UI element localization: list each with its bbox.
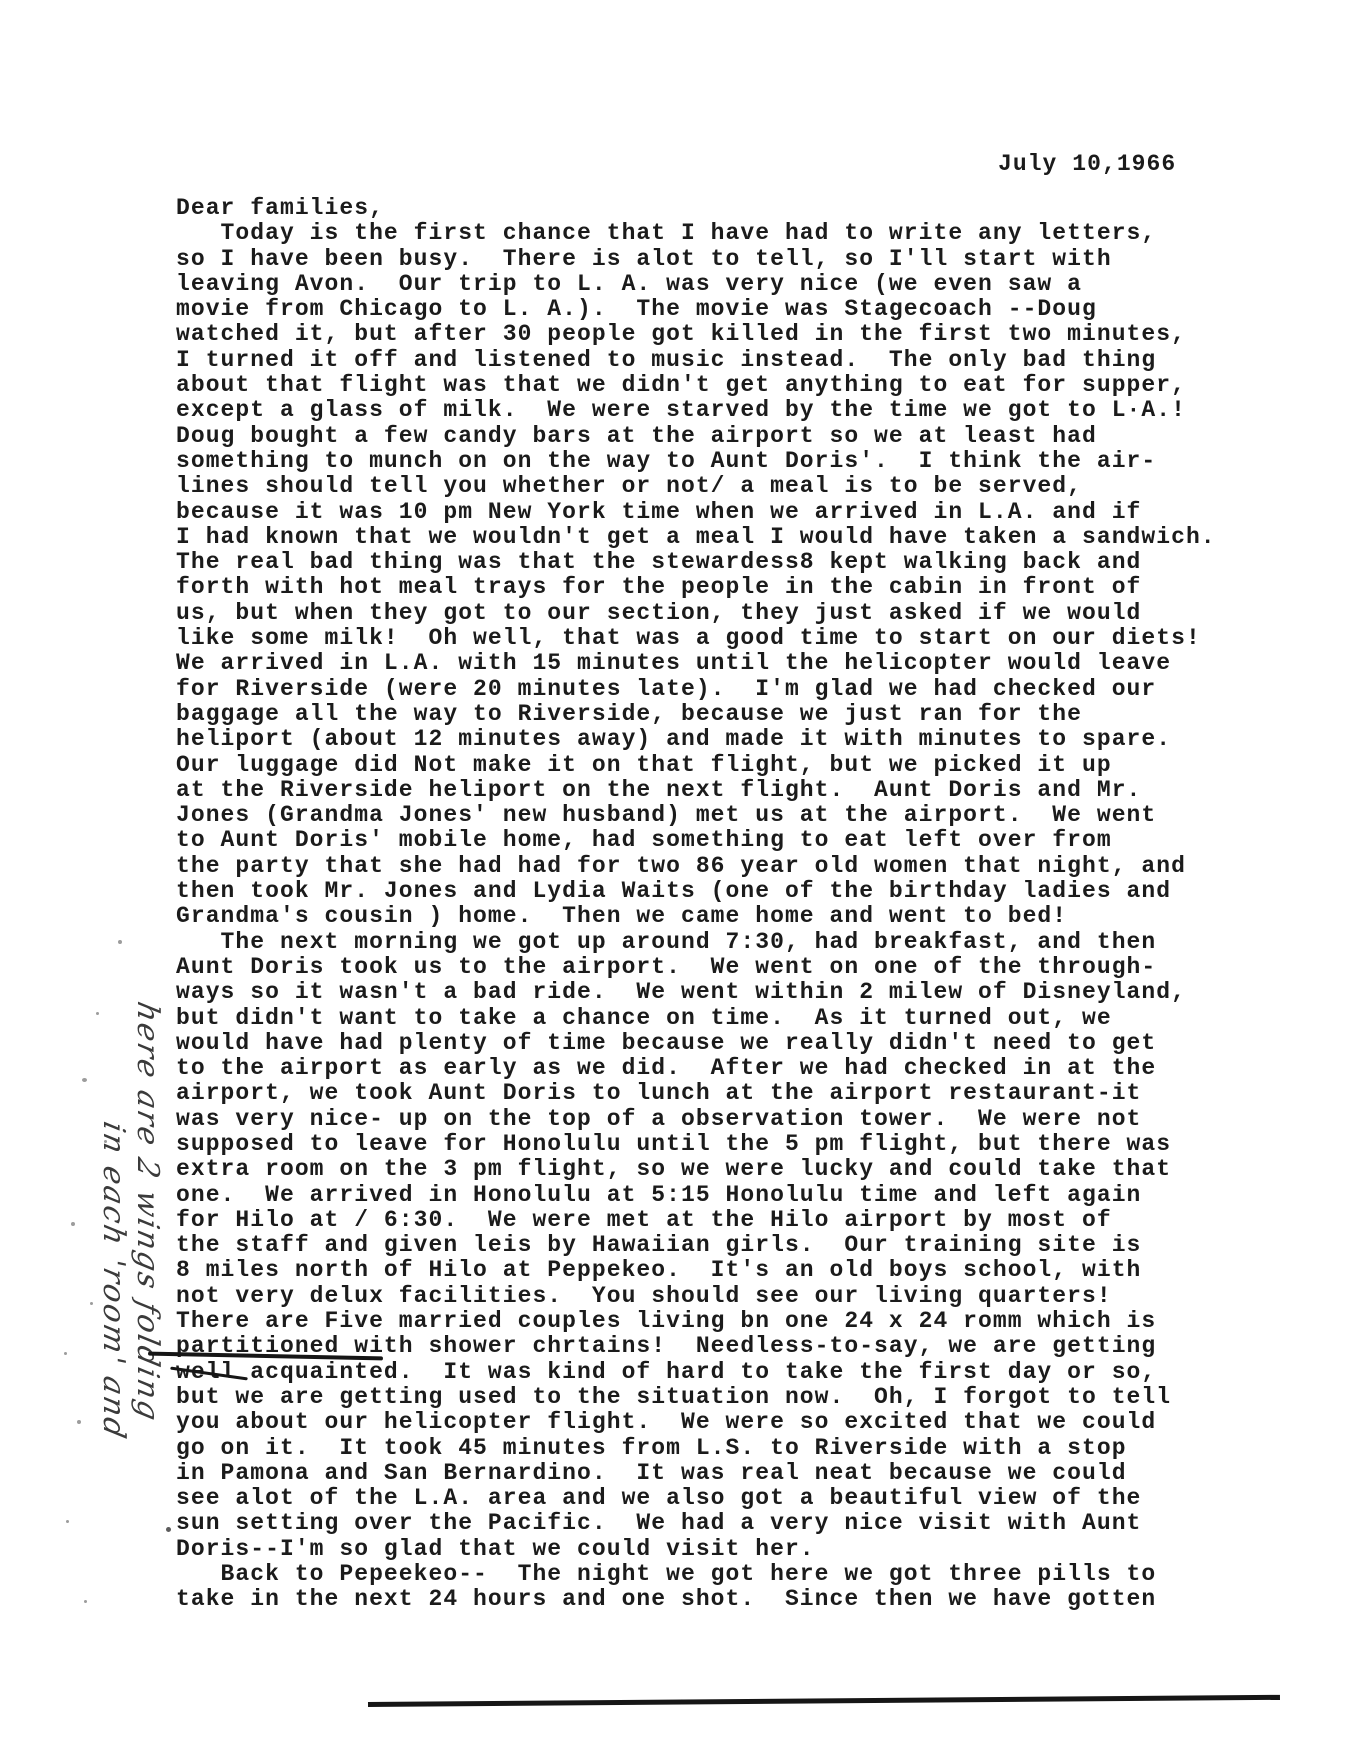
typed-line: Jones (Grandma Jones' new husband) met u… <box>176 803 1216 828</box>
typed-line: the staff and given leis by Hawaiian gir… <box>176 1233 1216 1258</box>
typed-line: The next morning we got up around 7:30, … <box>176 930 1216 955</box>
typed-line: well acquainted. It was kind of hard to … <box>176 1360 1216 1385</box>
typed-line: one. We arrived in Honolulu at 5:15 Hono… <box>176 1183 1216 1208</box>
typed-line: 8 miles north of Hilo at Peppekeo. It's … <box>176 1258 1216 1283</box>
typed-line: so I have been busy. There is alot to te… <box>176 247 1216 272</box>
typed-line: supposed to leave for Honolulu until the… <box>176 1132 1216 1157</box>
scan-speck <box>84 1600 87 1603</box>
typed-line: Today is the first chance that I have ha… <box>176 221 1216 246</box>
typed-line: but we are getting used to the situation… <box>176 1385 1216 1410</box>
letter-page: July 10,1966 Dear families, Today is the… <box>0 0 1346 1759</box>
margin-handwriting-note: here are 2 wings folding in each 'room' … <box>96 1002 164 1642</box>
typed-line: Grandma's cousin ) home. Then we came ho… <box>176 904 1216 929</box>
typed-line: airport, we took Aunt Doris to lunch at … <box>176 1081 1216 1106</box>
typed-line: to the airport as early as we did. After… <box>176 1056 1216 1081</box>
scan-speck <box>90 1302 93 1305</box>
typed-line: The real bad thing was that the stewarde… <box>176 550 1216 575</box>
typed-line: Doris--I'm so glad that we could visit h… <box>176 1537 1216 1562</box>
typed-line: extra room on the 3 pm flight, so we wer… <box>176 1157 1216 1182</box>
typed-line: the party that she had had for two 86 ye… <box>176 854 1216 879</box>
typed-line: was very nice- up on the top of a observ… <box>176 1107 1216 1132</box>
typed-line: I turned it off and listened to music in… <box>176 348 1216 373</box>
typed-line: would have had plenty of time because we… <box>176 1031 1216 1056</box>
typed-line: We arrived in L.A. with 15 minutes until… <box>176 651 1216 676</box>
typed-line: but didn't want to take a chance on time… <box>176 1006 1216 1031</box>
typed-line: not very delux facilities. You should se… <box>176 1284 1216 1309</box>
letter-body: Dear families, Today is the first chance… <box>176 196 1216 1613</box>
typed-line: take in the next 24 hours and one shot. … <box>176 1587 1216 1612</box>
typed-line: movie from Chicago to L. A.). The movie … <box>176 297 1216 322</box>
letter-date: July 10,1966 <box>998 152 1176 177</box>
typed-line: Doug bought a few candy bars at the airp… <box>176 424 1216 449</box>
typed-line: watched it, but after 30 people got kill… <box>176 322 1216 347</box>
typed-line: There are Five married couples living bn… <box>176 1309 1216 1334</box>
typed-line: except a glass of milk. We were starved … <box>176 398 1216 423</box>
typed-line: Our luggage did Not make it on that flig… <box>176 753 1216 778</box>
typed-line: for Hilo at / 6:30. We were met at the H… <box>176 1208 1216 1233</box>
typed-line: you about our helicopter flight. We were… <box>176 1410 1216 1435</box>
typed-line: because it was 10 pm New York time when … <box>176 500 1216 525</box>
scan-speck <box>71 1222 75 1226</box>
typed-line: to Aunt Doris' mobile home, had somethin… <box>176 828 1216 853</box>
handwriting-line: here are 2 wings folding <box>130 998 164 1645</box>
typed-line: sun setting over the Pacific. We had a v… <box>176 1511 1216 1536</box>
typed-line: heliport (about 12 minutes away) and mad… <box>176 727 1216 752</box>
scan-speck <box>77 1420 81 1424</box>
typed-line: lines should tell you whether or not/ a … <box>176 474 1216 499</box>
scan-speck <box>104 1140 107 1143</box>
scan-speck <box>118 940 122 944</box>
scan-speck <box>66 1520 69 1523</box>
typed-line: Back to Pepeekeo-- The night we got here… <box>176 1562 1216 1587</box>
scan-speck <box>96 1012 99 1015</box>
typed-line: Aunt Doris took us to the airport. We we… <box>176 955 1216 980</box>
typed-line: go on it. It took 45 minutes from L.S. t… <box>176 1436 1216 1461</box>
bottom-scan-line <box>368 1695 1280 1707</box>
typed-line: ways so it wasn't a bad ride. We went wi… <box>176 980 1216 1005</box>
typed-line: like some milk! Oh well, that was a good… <box>176 626 1216 651</box>
typed-line: forth with hot meal trays for the people… <box>176 575 1216 600</box>
handwriting-line: in each 'room' and <box>96 998 130 1645</box>
typed-line: about that flight was that we didn't get… <box>176 373 1216 398</box>
typed-line: at the Riverside heliport on the next fl… <box>176 778 1216 803</box>
typed-line: baggage all the way to Riverside, becaus… <box>176 702 1216 727</box>
typed-line: for Riverside (were 20 minutes late). I'… <box>176 677 1216 702</box>
typed-line: then took Mr. Jones and Lydia Waits (one… <box>176 879 1216 904</box>
typed-line: in Pamona and San Bernardino. It was rea… <box>176 1461 1216 1486</box>
typed-line: leaving Avon. Our trip to L. A. was very… <box>176 272 1216 297</box>
scan-speck <box>82 1078 87 1082</box>
typed-line: us, but when they got to our section, th… <box>176 601 1216 626</box>
typed-line: something to munch on on the way to Aunt… <box>176 449 1216 474</box>
scan-speck <box>166 1527 171 1532</box>
scan-speck <box>64 1352 67 1355</box>
typed-line: I had known that we wouldn't get a meal … <box>176 525 1216 550</box>
typed-line: Dear families, <box>176 196 1216 221</box>
typed-line: see alot of the L.A. area and we also go… <box>176 1486 1216 1511</box>
